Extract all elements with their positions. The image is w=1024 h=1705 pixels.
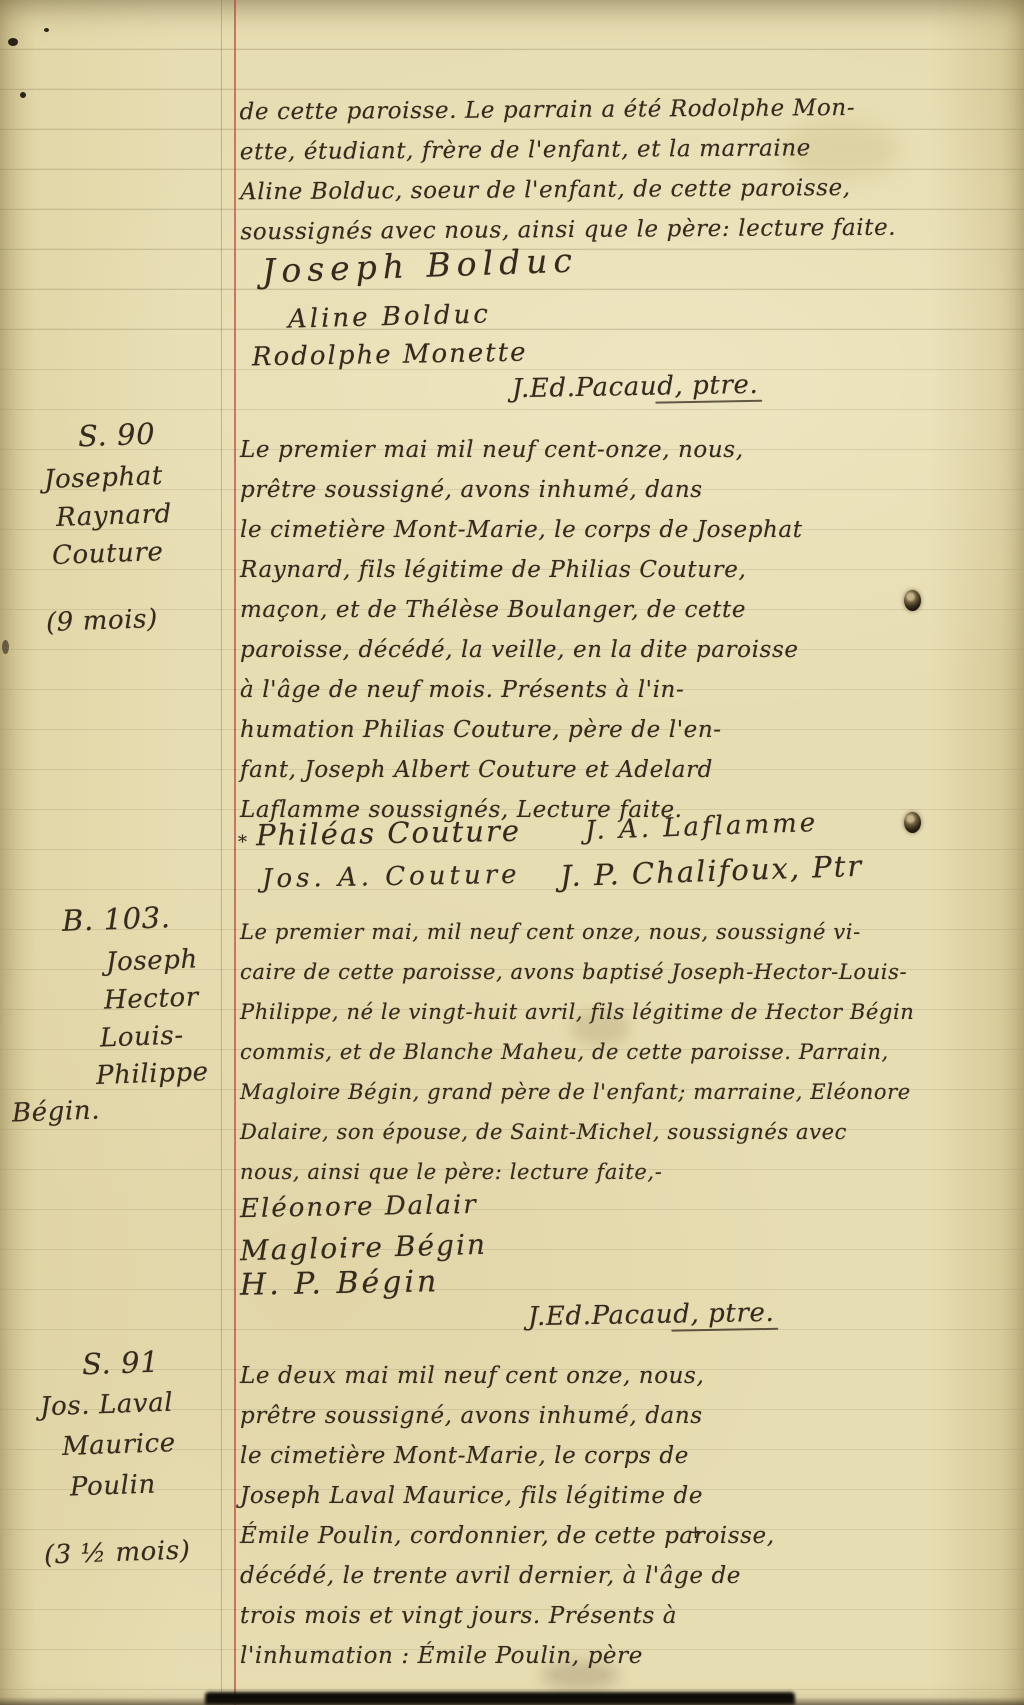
handwritten-line: à l'âge de neuf mois. Présents à l'in- — [240, 670, 803, 710]
signature-magloire-begin: Magloire Bégin — [240, 1228, 488, 1267]
signature-hp-begin: H. P. Bégin — [240, 1264, 440, 1302]
entry-b103-margin-name: Louis- — [100, 1021, 185, 1054]
handwritten-line: Le premier mai mil neuf cent-onze, nous, — [240, 430, 803, 470]
handwritten-line: décédé, le trente avril dernier, à l'âge… — [240, 1556, 775, 1596]
binding-hole-bottom — [904, 812, 921, 833]
witness-mark: * — [238, 832, 248, 853]
handwritten-line: maçon, et de Thélèse Boulanger, de cette — [240, 590, 803, 630]
handwritten-line: nous, ainsi que le père: lecture faite,- — [240, 1152, 914, 1192]
signature-jos-a-couture: Jos. A. Couture — [262, 860, 521, 895]
entry-s91-margin-id: S. 91 — [81, 1345, 159, 1382]
entry-s90-body: Le premier mai mil neuf cent-onze, nous,… — [240, 430, 803, 830]
entry-b103-margin-name: Philippe — [96, 1057, 210, 1091]
continuation-text: de cette paroisse. Le parrain a été Rodo… — [239, 88, 896, 253]
ink-speck — [2, 640, 9, 654]
scan-edge-shadow — [0, 1697, 1024, 1705]
handwritten-line: Le premier mai, mil neuf cent onze, nous… — [240, 912, 914, 952]
entry-s90-margin-age: (9 mois) — [46, 604, 159, 638]
entry-s90-margin-name: Raynard — [56, 499, 173, 533]
entry-b103-margin-surname: Bégin. — [12, 1095, 101, 1128]
entry-s91-margin-name: Jos. Laval — [40, 1388, 174, 1423]
handwritten-line: de cette paroisse. Le parrain a été Rodo… — [239, 88, 895, 133]
handwritten-line: l'inhumation : Émile Poulin, père — [240, 1636, 775, 1676]
signature-priest-pacaud: J.Ed.Pacaud, ptre. — [512, 370, 759, 404]
signature-phileas-couture: Philéas Couture — [256, 814, 522, 853]
handwritten-line: paroisse, décédé, la veille, en la dite … — [240, 630, 803, 670]
entry-s90-margin-id: S. 90 — [77, 417, 155, 454]
entry-s91-body: Le deux mai mil neuf cent onze, nous, pr… — [240, 1356, 775, 1676]
margin-rule-outer — [221, 0, 222, 1705]
handwritten-line: humation Philias Couture, père de l'en- — [240, 710, 803, 750]
signature-aline-bolduc: Aline Bolduc — [288, 299, 492, 334]
handwritten-line: prêtre soussigné, avons inhumé, dans — [240, 1396, 775, 1436]
entry-s91-margin-name: Maurice — [62, 1428, 177, 1462]
handwritten-line: caire de cette paroisse, avons baptisé J… — [240, 952, 914, 992]
ink-speck — [20, 92, 26, 98]
handwritten-line: trois mois et vingt jours. Présents à — [240, 1596, 775, 1636]
handwritten-line: Dalaire, son épouse, de Saint-Michel, so… — [240, 1112, 914, 1152]
signature-priest-pacaud: J.Ed.Pacaud, ptre. — [528, 1298, 775, 1332]
entry-s91-margin-name: Poulin — [70, 1470, 157, 1503]
signature-eleonore-dalair: Eléonore Dalair — [240, 1190, 478, 1224]
handwritten-line: Raynard, fils légitime de Philias Coutur… — [240, 550, 803, 590]
entry-s91-margin-age: (3 ½ mois) — [44, 1535, 191, 1570]
entry-b103-body: Le premier mai, mil neuf cent onze, nous… — [240, 912, 914, 1192]
entry-b103-margin-name: Joseph — [106, 944, 199, 977]
handwritten-line: le cimetière Mont-Marie, le corps de — [240, 1436, 775, 1476]
handwritten-line: Philippe, né le vingt-huit avril, fils l… — [240, 992, 914, 1032]
signature-jp-chalifoux: J. P. Chalifoux, Ptr — [559, 849, 863, 894]
handwritten-line: Magloire Bégin, grand père de l'enfant; … — [240, 1072, 914, 1112]
handwritten-line: prêtre soussigné, avons inhumé, dans — [240, 470, 803, 510]
handwritten-line: Aline Bolduc, soeur de l'enfant, de cett… — [240, 168, 896, 213]
entry-b103-margin-id: B. 103. — [61, 900, 171, 938]
ink-speck — [8, 38, 18, 46]
signature-rodolphe-monette: Rodolphe Monette — [252, 338, 528, 373]
handwritten-line: ette, étudiant, frère de l'enfant, et la… — [240, 128, 896, 173]
entry-s90-margin-name: Josephat — [44, 461, 164, 495]
handwritten-line: Joseph Laval Maurice, fils légitime de — [240, 1476, 775, 1516]
handwritten-line: fant, Joseph Albert Couture et Adelard — [240, 750, 803, 790]
handwritten-line: commis, et de Blanche Maheu, de cette pa… — [240, 1032, 914, 1072]
entry-b103-margin-name: Hector — [104, 982, 200, 1015]
register-page-scan: de cette paroisse. Le parrain a été Rodo… — [0, 0, 1024, 1705]
handwritten-line: Le deux mai mil neuf cent onze, nous, — [240, 1356, 775, 1396]
handwritten-line: le cimetière Mont-Marie, le corps de Jos… — [240, 510, 803, 550]
binding-hole-top — [904, 590, 921, 611]
ink-speck — [44, 28, 49, 32]
insertion-mark: + — [688, 1522, 704, 1543]
entry-s90-margin-name: Couture — [52, 537, 164, 571]
margin-rule-inner — [234, 0, 236, 1705]
